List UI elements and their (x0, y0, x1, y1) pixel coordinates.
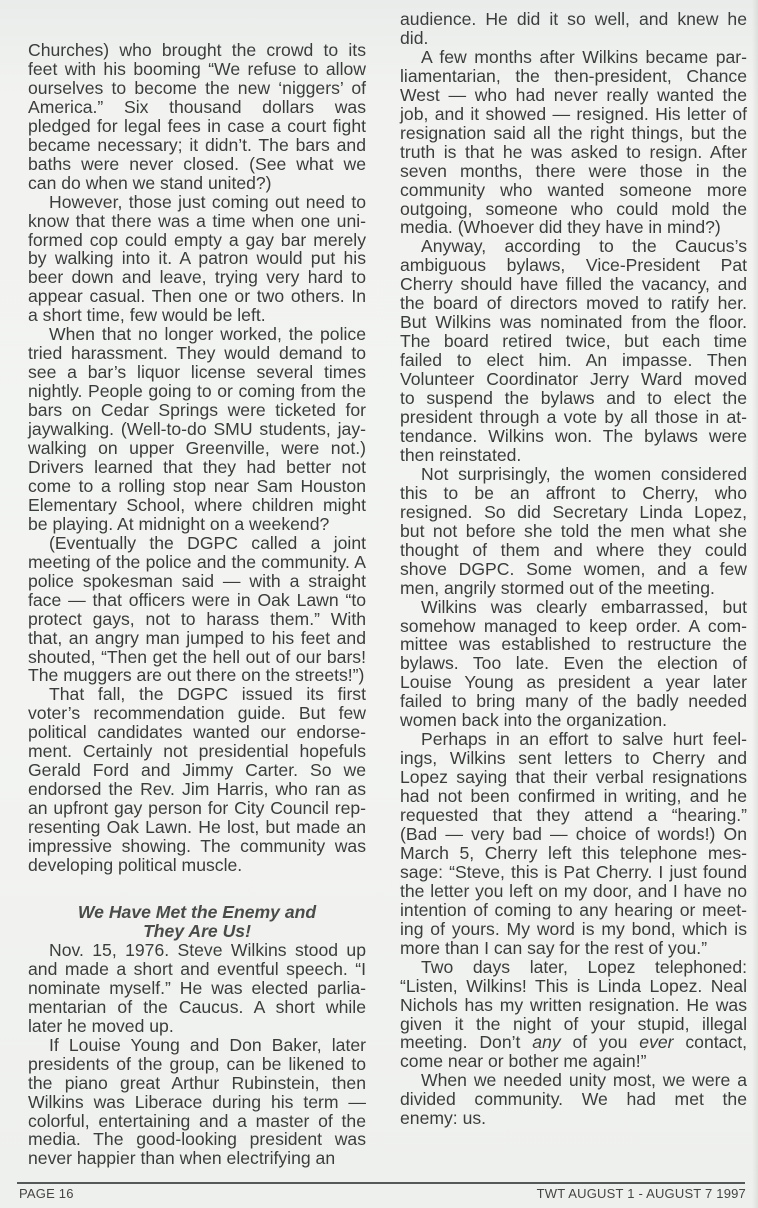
text-line: failed to elect him. An impasse. Then (400, 351, 747, 370)
text-line: police spokesman said — with a straight (28, 572, 366, 591)
text-line: developing political muscle. (28, 856, 366, 875)
text-line: America.” Six thousand dollars was (28, 98, 366, 117)
section-subheading: We Have Met the Enemy andThey Are Us! (28, 903, 366, 941)
text-line: That fall, the DGPC issued its first (28, 685, 366, 704)
text-line: Wilkins was clearly embarrassed, but (400, 598, 747, 617)
paragraph: Churches) who brought the crowd to itsfe… (28, 41, 366, 193)
text-line: pledged for legal fees in case a court f… (28, 117, 366, 136)
text-line: ourselves to become the new ‘niggers’ of (28, 79, 366, 98)
text-line: beer down and leave, trying very hard to (28, 268, 366, 287)
text-line: jaywalking. (Well-to-do SMU students, ja… (28, 420, 366, 439)
text-line: never happier than when electrifying an (28, 1149, 366, 1168)
text-line: president through a vote by all those in… (400, 408, 747, 427)
text-line: more than I can say for the rest of you.… (400, 939, 747, 958)
text-line: mittee was established to restructure th… (400, 635, 747, 654)
left-column: Churches) who brought the crowd to itsfe… (28, 41, 366, 1168)
text-line: (Eventually the DGPC called a joint (28, 534, 366, 553)
text-line: men, angrily stormed out of the meeting. (400, 579, 747, 598)
magazine-page: Churches) who brought the crowd to itsfe… (0, 0, 758, 1208)
text-line: an upfront gay person for City Council r… (28, 799, 366, 818)
issue-dates: TWT AUGUST 1 - AUGUST 7 1997 (537, 1186, 746, 1201)
paragraph: Nov. 15, 1976. Steve Wilkins stood upand… (28, 941, 366, 1036)
text-line: feet with his booming “We refuse to allo… (28, 60, 366, 79)
text-line: tendance. Wilkins won. The bylaws were (400, 427, 747, 446)
text-line: this to be an affront to Cherry, who (400, 484, 747, 503)
text-line: Churches) who brought the crowd to its (28, 41, 366, 60)
text-line: then reinstated. (400, 446, 747, 465)
scan-edge-shadow (752, 0, 758, 1208)
paragraph: Perhaps in an effort to salve hurt feel-… (400, 730, 747, 957)
text-line: seven months, there were those in the (400, 162, 747, 181)
text-line: A few months after Wilkins became par- (400, 48, 747, 67)
paragraph: Anyway, according to the Caucus’sambiguo… (400, 237, 747, 464)
paragraph: A few months after Wilkins became par-li… (400, 48, 747, 238)
subheading-line-2: They Are Us! (28, 922, 366, 941)
paragraph: However, those just coming out need tokn… (28, 193, 366, 326)
text-line: But Wilkins was nominated from the floor… (400, 313, 747, 332)
text-line: voter’s recommendation guide. But few (28, 704, 366, 723)
text-line: divided community. We had met the (400, 1090, 747, 1109)
text-line: that, an angry man jumped to his feet an… (28, 629, 366, 648)
text-line: be playing. At midnight on a weekend? (28, 515, 366, 534)
text-line: Volunteer Coordinator Jerry Ward moved (400, 370, 747, 389)
text-line: Elementary School, where children might (28, 496, 366, 515)
text-line: colorful, entertaining and a master of t… (28, 1112, 366, 1131)
text-line: by walking into it. A patron would put h… (28, 249, 366, 268)
text-line: later he moved up. (28, 1017, 366, 1036)
text-line: meeting of the police and the community.… (28, 553, 366, 572)
text-line: Anyway, according to the Caucus’s (400, 237, 747, 256)
text-line: walking on upper Greenville, were not.) (28, 439, 366, 458)
paragraph: audience. He did it so well, and knew he… (400, 10, 747, 48)
text-line: and made a short and eventful speech. “I (28, 960, 366, 979)
text-line: shouted, “Then get the hell out of our b… (28, 648, 366, 667)
text-line: Gerald Ford and Jimmy Carter. So we (28, 761, 366, 780)
text-line: given it the night of your stupid, illeg… (400, 1015, 747, 1034)
paragraph: Two days later, Lopez telephoned:“Listen… (400, 958, 747, 1072)
text-line: know that there was a time when one uni- (28, 212, 366, 231)
text-line: March 5, Cherry left this telephone mes- (400, 844, 747, 863)
right-column: audience. He did it so well, and knew he… (400, 10, 747, 1128)
text-line: a short time, few would be left. (28, 306, 366, 325)
text-line: The board retired twice, but each time (400, 332, 747, 351)
text-line: bars on Cedar Springs were ticketed for (28, 401, 366, 420)
text-line: resigned. So did Secretary Linda Lopez, (400, 503, 747, 522)
text-line: face — that officers were in Oak Lawn “t… (28, 591, 366, 610)
text-line: media. The good-looking president was (28, 1130, 366, 1149)
text-line: Nichols has my written resignation. He w… (400, 996, 747, 1015)
text-line: mentarian of the Caucus. A short while (28, 998, 366, 1017)
text-line: Not surprisingly, the women considered (400, 465, 747, 484)
text-line: formed cop could empty a gay bar merely (28, 231, 366, 250)
paragraph: When we needed unity most, we were adivi… (400, 1071, 747, 1128)
text-line: When we needed unity most, we were a (400, 1071, 747, 1090)
text-line: Two days later, Lopez telephoned: (400, 958, 747, 977)
text-line: appear casual. Then one or two others. I… (28, 287, 366, 306)
text-line: truth is that he was asked to resign. Af… (400, 143, 747, 162)
text-line: impressive showing. The community was (28, 837, 366, 856)
text-line: West — who had never really wanted the (400, 86, 747, 105)
text-line: ment. Certainly not presidential hopeful… (28, 742, 366, 761)
text-line: see a bar’s liquor license several times (28, 363, 366, 382)
text-line: Louise Young as president a year later (400, 673, 747, 692)
text-line: liamentarian, the then-president, Chance (400, 67, 747, 86)
text-line: When that no longer worked, the police (28, 325, 366, 344)
paragraph: (Eventually the DGPC called a jointmeeti… (28, 534, 366, 686)
text-line: job, and it showed — resigned. His lette… (400, 105, 747, 124)
text-line: Drivers learned that they had better not (28, 458, 366, 477)
text-line: Lopez saying that their verbal resignati… (400, 768, 747, 787)
paragraph: That fall, the DGPC issued its firstvote… (28, 685, 366, 875)
text-line: Wilkins was Liberace during his term — (28, 1093, 366, 1112)
text-line: audience. He did it so well, and knew he (400, 10, 747, 29)
text-line: Nov. 15, 1976. Steve Wilkins stood up (28, 941, 366, 960)
text-line: had not been confirmed in writing, and h… (400, 787, 747, 806)
text-line: but not before she told the men what she (400, 522, 747, 541)
text-line: “Listen, Wilkins! This is Linda Lopez. N… (400, 977, 747, 996)
text-line: requested that they attend a “hearing.” (400, 806, 747, 825)
text-line: did. (400, 29, 747, 48)
text-line: somehow managed to keep order. A com- (400, 617, 747, 636)
text-line: Perhaps in an effort to salve hurt feel- (400, 730, 747, 749)
text-line: presidents of the group, can be likened … (28, 1055, 366, 1074)
text-line: baths were never closed. (See what we (28, 155, 366, 174)
text-line: resignation said all the right things, b… (400, 124, 747, 143)
text-line: became necessary; it didn’t. The bars an… (28, 136, 366, 155)
text-line: outgoing, someone who could mold the (400, 200, 747, 219)
text-line: enemy: us. (400, 1109, 747, 1128)
text-line: the letter you left on my door, and I ha… (400, 882, 747, 901)
text-line: resenting Oak Lawn. He lost, but made an (28, 818, 366, 837)
text-line: come to a rolling stop near Sam Houston (28, 477, 366, 496)
text-line: the piano great Arthur Rubinstein, then (28, 1074, 366, 1093)
page-number: PAGE 16 (19, 1186, 74, 1201)
text-line: endorsed the Rev. Jim Harris, who ran as (28, 780, 366, 799)
text-line: (Bad — very bad — choice of words!) On (400, 825, 747, 844)
text-line: come near or bother me again!” (400, 1052, 747, 1071)
text-line: nightly. People going to or coming from … (28, 382, 366, 401)
text-line: If Louise Young and Don Baker, later (28, 1036, 366, 1055)
text-line: sage: “Steve, this is Pat Cherry. I just… (400, 863, 747, 882)
text-line: can do when we stand united?) (28, 174, 366, 193)
paragraph: Wilkins was clearly embarrassed, butsome… (400, 598, 747, 731)
text-line: shove DGPC. Some women, and a few (400, 560, 747, 579)
paragraph: If Louise Young and Don Baker, laterpres… (28, 1036, 366, 1169)
text-line: to suspend the bylaws and to elect the (400, 389, 747, 408)
paragraph: Not surprisingly, the women consideredth… (400, 465, 747, 598)
text-line: media. (Whoever did they have in mind?) (400, 218, 747, 237)
text-line: intention of coming to any hearing or me… (400, 901, 747, 920)
text-line: tried harassment. They would demand to (28, 344, 366, 363)
text-line: Cherry should have filled the vacancy, a… (400, 275, 747, 294)
text-line: failed to bring many of the badly needed (400, 692, 747, 711)
text-line: bylaws. Too late. Even the election of (400, 654, 747, 673)
text-line: ings, Wilkins sent letters to Cherry and (400, 749, 747, 768)
text-line: However, those just coming out need to (28, 193, 366, 212)
text-line: community who wanted someone more (400, 181, 747, 200)
text-line: political candidates wanted our endorse- (28, 723, 366, 742)
text-line: meeting. Don’t any of you ever contact, (400, 1033, 747, 1052)
text-line: the board of directors moved to ratify h… (400, 294, 747, 313)
footer-rule (17, 1182, 745, 1184)
text-line: ambiguous bylaws, Vice-President Pat (400, 256, 747, 275)
text-line: thought of them and where they could (400, 541, 747, 560)
text-line: women back into the organization. (400, 711, 747, 730)
text-line: protect gays, not to harass them.” With (28, 610, 366, 629)
text-line: The muggers are out there on the streets… (28, 666, 366, 685)
subheading-line-1: We Have Met the Enemy and (28, 903, 366, 922)
text-line: ing of yours. My word is my bond, which … (400, 920, 747, 939)
paragraph: When that no longer worked, the policetr… (28, 325, 366, 533)
text-line: nominate myself.” He was elected parlia- (28, 979, 366, 998)
